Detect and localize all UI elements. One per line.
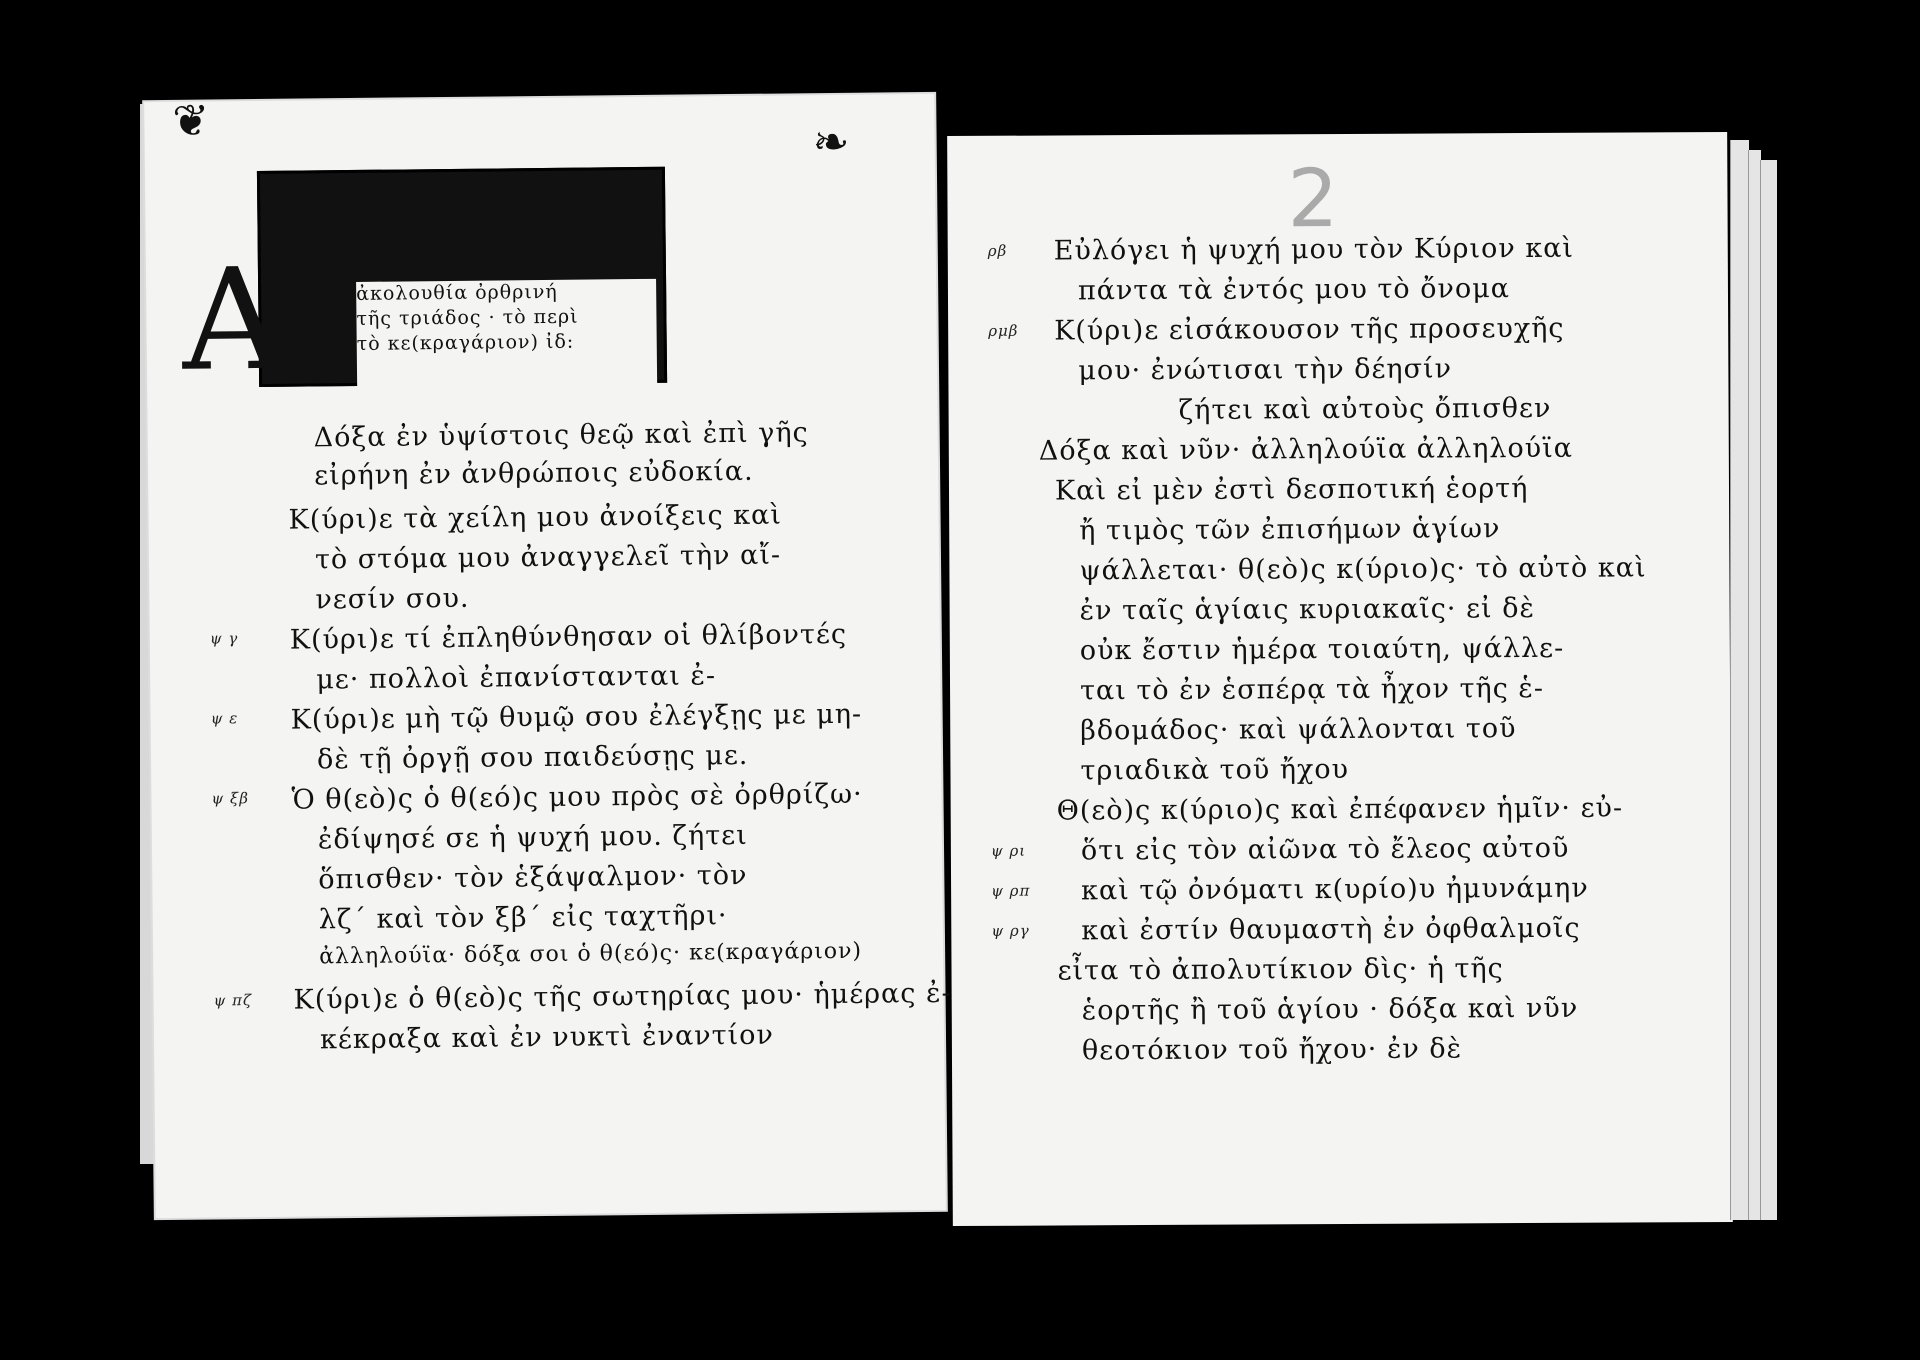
text-line: ζήτει καὶ αὐτοὺς ὄπισθεν bbox=[1179, 393, 1552, 426]
text-line: βδομάδος· καὶ ψάλλονται τοῦ bbox=[1080, 713, 1516, 746]
text-line: με· πολλοὶ ἐπανίστανται ἐ- bbox=[316, 660, 716, 695]
margin-note: ρμβ bbox=[988, 322, 1018, 340]
text-line: Καὶ εἰ μὲν ἐστὶ δεσποτική ἑορτή bbox=[1055, 473, 1529, 506]
title-line: τῆς τριάδος · τὸ περὶ bbox=[356, 304, 656, 332]
margin-note: ψ ργ bbox=[991, 922, 1029, 940]
initial-alpha-ornament: A bbox=[182, 251, 285, 392]
text-line: μου· ἐνώτισαι τὴν δέησίν bbox=[1078, 353, 1452, 386]
text-line: θεοτόκιον τοῦ ἤχου· ἐν δὲ bbox=[1082, 1033, 1462, 1066]
text-line: Κ(ύρι)ε ὁ θ(εὸ)ς τῆς σωτηρίας μου· ἡμέρα… bbox=[293, 978, 951, 1016]
text-line: εἶτα τὸ ἀπολυτίκιον δὶς· ἡ τῆς bbox=[1057, 953, 1503, 986]
text-line: Δόξα καὶ νῦν· ἀλληλούϊα ἀλληλούϊα bbox=[1039, 433, 1573, 467]
left-page: ❦ ❧ ἀκολουθία ὀρθρινή τῆς τριάδος · τὸ π… bbox=[144, 94, 946, 1218]
text-line: καὶ ἐστίν θαυμαστὴ ἐν ὀφθαλμοῖς bbox=[1081, 913, 1580, 947]
text-line: ται τὸ ἐν ἑσπέρᾳ τὰ ἦχον τῆς ἑ- bbox=[1080, 673, 1544, 706]
text-line: Κ(ύρι)ε μὴ τῷ θυμῷ σου ἐλέγξῃς με μη- bbox=[290, 699, 862, 736]
right-page: 2 ρβ Εὐλόγει ἡ ψυχή μου τὸν Κύριον καὶ π… bbox=[947, 132, 1733, 1226]
title-line: τὸ κε(κραγάριον) ἰδ: bbox=[357, 329, 657, 357]
text-line: εἰρήνη ἐν ἀνθρώποις εὐδοκία. bbox=[314, 456, 754, 492]
folio-number: 2 bbox=[1287, 152, 1338, 245]
page-edges bbox=[1730, 140, 1749, 1220]
text-line: ἀλληλούϊα· δόξα σοι ὁ θ(εό)ς· κε(κραγάρι… bbox=[319, 939, 862, 970]
text-line: ἤ τιμὸς τῶν ἐπισήμων ἁγίων bbox=[1079, 513, 1500, 546]
text-line: τριαδικὰ τοῦ ἤχου bbox=[1080, 754, 1349, 786]
text-line: οὐκ ἔστιν ἡμέρα τοιαύτη, ψάλλε- bbox=[1080, 633, 1565, 667]
ornament-top-right: ❧ bbox=[812, 117, 849, 168]
text-line: ψάλλεται· θ(εὸ)ς κ(ύριο)ς· τὸ αὐτὸ καὶ bbox=[1079, 552, 1646, 586]
title-line: ἀκολουθία ὀρθρινή bbox=[356, 279, 656, 307]
margin-note: ρβ bbox=[988, 242, 1008, 260]
text-line: Εὐλόγει ἡ ψυχή μου τὸν Κύριον καὶ bbox=[1054, 233, 1574, 267]
text-line: δὲ τῇ ὀργῇ σου παιδεύσῃς με. bbox=[317, 740, 749, 776]
text-line: Δόξα ἐν ὑψίστοις θεῷ καὶ ἐπὶ γῆς bbox=[314, 417, 809, 453]
margin-note: ψ ξβ bbox=[211, 789, 249, 807]
text-line: λζ΄ καὶ τὸν ξβ΄ εἰς ταχτῆρι· bbox=[319, 900, 728, 935]
ornament-top-left: ❦ bbox=[172, 95, 209, 146]
text-line: ἐδίψησέ σε ἡ ψυχή μου. ζήτει bbox=[318, 820, 748, 855]
margin-note: ψ ε bbox=[211, 709, 239, 727]
left-text-block: Δόξα ἐν ὑψίστοις θεῷ καὶ ἐπὶ γῆς εἰρήνη … bbox=[198, 416, 898, 423]
text-line: κέκραξα καὶ ἐν νυκτὶ ἐναντίον bbox=[320, 1020, 774, 1056]
text-line: Ὁ θ(εὸ)ς ὁ θ(εό)ς μου πρὸς σὲ ὀρθρίζω· bbox=[291, 779, 862, 816]
margin-note: ψ ρπ bbox=[991, 882, 1030, 900]
margin-note: ψ πζ bbox=[213, 991, 252, 1009]
text-line: ἐν ταῖς ἁγίαις κυριακαῖς· εἰ δὲ bbox=[1080, 593, 1535, 626]
page-edges bbox=[1760, 160, 1777, 1220]
text-line: ἑορτῆς ἢ τοῦ ἁγίου · δόξα καὶ νῦν bbox=[1082, 993, 1579, 1027]
text-line: νεσίν σου. bbox=[315, 583, 469, 616]
text-line: τὸ στόμα μου ἀναγγελεῖ τὴν αἴ- bbox=[315, 540, 781, 576]
text-line: καὶ τῷ ὀνόματι κ(υρίο)υ ἠμυνάμην bbox=[1081, 873, 1589, 907]
text-line: ὅπισθεν· τὸν ἑξάψαλμον· τὸν bbox=[318, 860, 747, 895]
text-line: ὅτι εἰς τὸν αἰῶνα τὸ ἔλεος αὐτοῦ bbox=[1081, 833, 1570, 867]
text-line: Θ(εὸ)ς κ(ύριο)ς καὶ ἐπέφανεν ἡμῖν· εὐ- bbox=[1057, 793, 1624, 827]
margin-note: ψ ρι bbox=[991, 842, 1026, 860]
margin-note: ψ γ bbox=[210, 629, 239, 647]
headpiece-title: ἀκολουθία ὀρθρινή τῆς τριάδος · τὸ περὶ … bbox=[356, 279, 657, 388]
right-text-block: ρβ Εὐλόγει ἡ ψυχή μου τὸν Κύριον καὶ πάν… bbox=[988, 232, 1708, 236]
text-line: πάντα τὰ ἐντός μου τὸ ὄνομα bbox=[1078, 273, 1510, 306]
text-line: Κ(ύρι)ε τί ἐπληθύνθησαν οἱ θλίβοντές bbox=[290, 619, 847, 656]
text-line: Κ(ύρι)ε τὰ χείλη μου ἀνοίξεις καὶ bbox=[288, 500, 782, 536]
text-line: Κ(ύρι)ε εἰσάκουσον τῆς προσευχῆς bbox=[1054, 313, 1564, 347]
